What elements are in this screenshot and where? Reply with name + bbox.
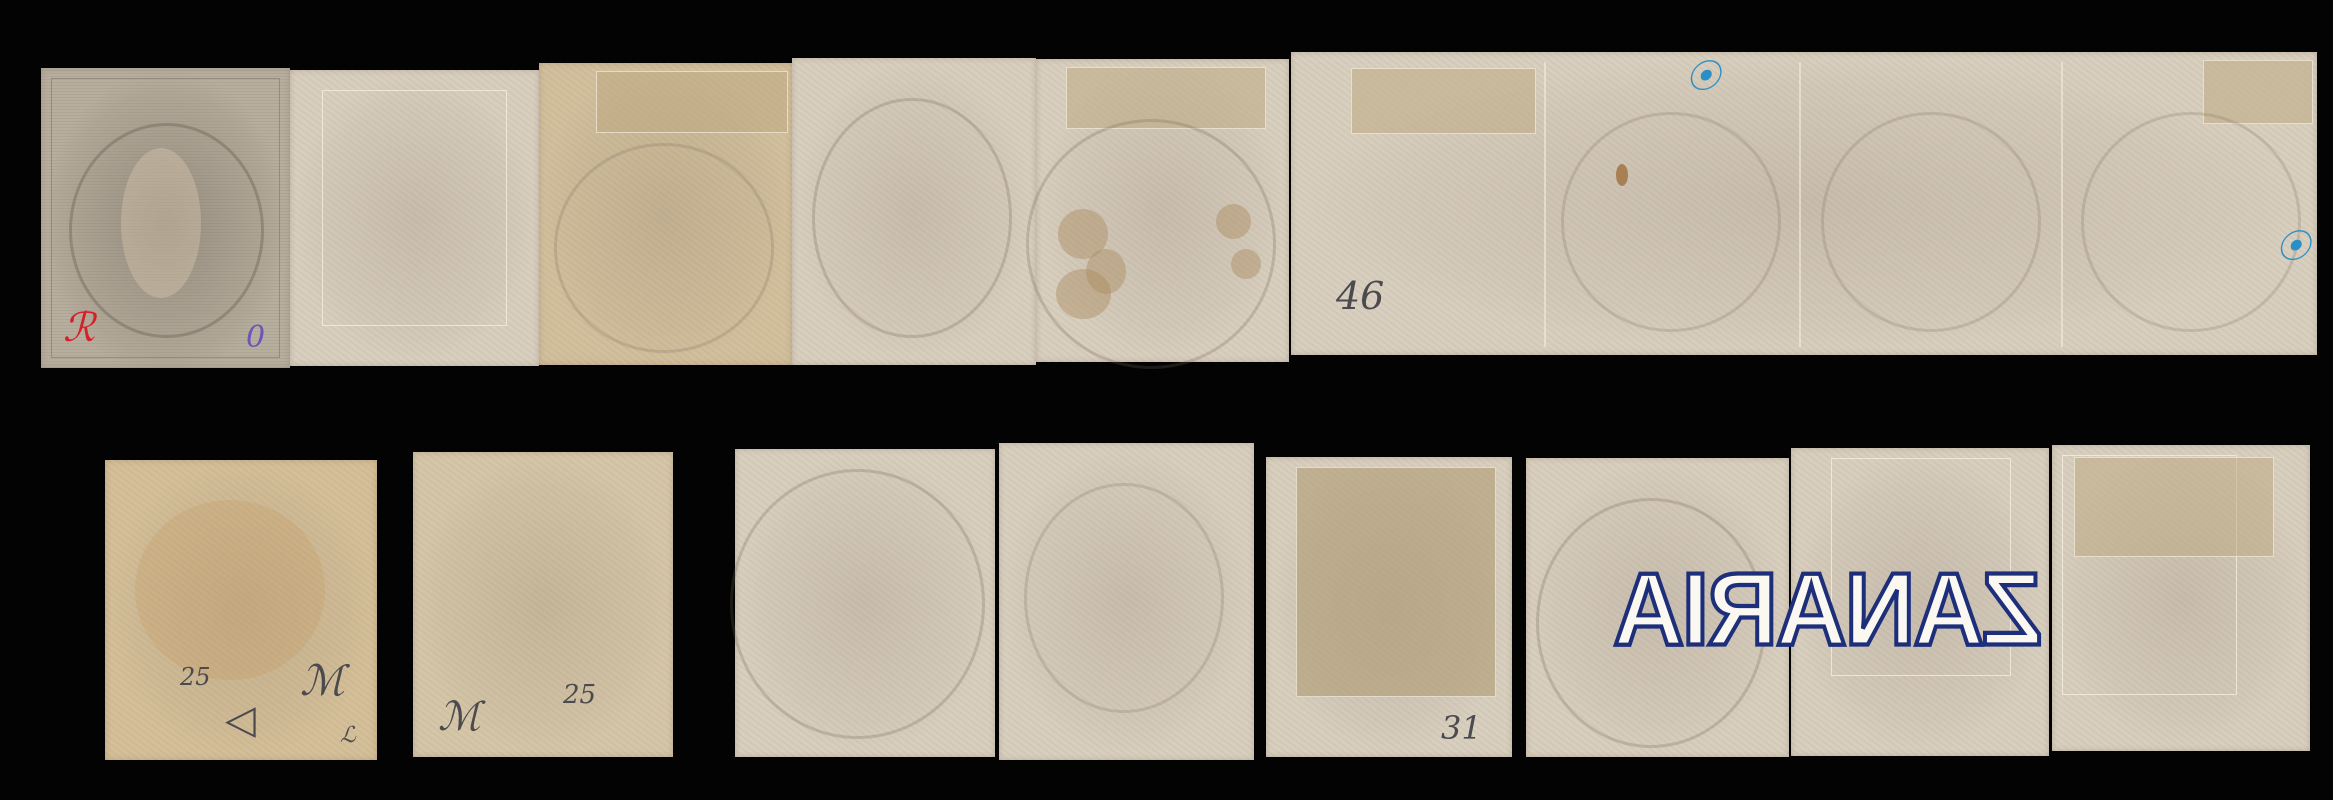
pencil-triangle-mark: ◁ bbox=[225, 700, 256, 740]
foxing-stain bbox=[1231, 249, 1261, 279]
violet-zero-mark: 0 bbox=[246, 323, 265, 353]
postmark-showthrough bbox=[730, 469, 985, 739]
stamp-back-8 bbox=[735, 449, 995, 757]
strip-divider bbox=[1799, 62, 1801, 347]
pencil-note-31: 31 bbox=[1441, 712, 1482, 744]
blue-circle-mark: ⦿ bbox=[2276, 230, 2310, 264]
foxing-stain bbox=[1216, 204, 1251, 239]
show-through-oval bbox=[1024, 483, 1224, 713]
toning-stain bbox=[135, 500, 325, 680]
show-through-oval bbox=[554, 143, 774, 353]
strip-divider bbox=[2061, 62, 2063, 347]
postmark-showthrough bbox=[812, 98, 1012, 338]
stamp-back-10: 31 bbox=[1266, 457, 1512, 757]
pencil-note: ℒ bbox=[340, 725, 356, 747]
stamp-front-hermes-head: ℛ 0 bbox=[41, 68, 290, 368]
stamp-back-13 bbox=[2052, 445, 2310, 751]
pencil-note: 25 bbox=[180, 665, 211, 689]
hinge-remnant-frame bbox=[322, 90, 507, 326]
hermes-head-silhouette bbox=[121, 148, 201, 298]
hinge-remnant bbox=[2074, 457, 2274, 557]
pencil-note-46: 46 bbox=[1336, 277, 1384, 315]
stamp-back-4 bbox=[792, 58, 1036, 365]
stamp-back-7: ℳ 25 bbox=[413, 452, 673, 757]
show-through-oval bbox=[1561, 112, 1781, 332]
stamp-strip-of-four: 46 ⦿ ⦿ bbox=[1291, 52, 2317, 355]
blue-circle-mark: ⦿ bbox=[1686, 60, 1720, 94]
stamp-back-2 bbox=[290, 70, 539, 366]
foxing-stain bbox=[1056, 269, 1111, 319]
stamp-back-9 bbox=[999, 443, 1254, 760]
strip-divider bbox=[1544, 62, 1546, 347]
zanaria-expertizer-mark: ZANARIA bbox=[1796, 558, 2042, 661]
pencil-note: ℳ bbox=[438, 697, 481, 737]
pencil-note: 25 bbox=[563, 682, 596, 708]
ink-spot bbox=[1616, 164, 1628, 186]
pencil-note: ℳ bbox=[300, 660, 345, 702]
stamp-back-3 bbox=[539, 63, 792, 365]
stamp-back-6: 25 ℳ ℒ ◁ bbox=[105, 460, 377, 760]
hinge-remnant bbox=[596, 71, 788, 133]
stamp-back-5 bbox=[1036, 59, 1289, 362]
red-monogram-mark: ℛ bbox=[63, 308, 95, 348]
hinge-remnant bbox=[2203, 60, 2313, 124]
hinge-remnant bbox=[1351, 68, 1536, 134]
show-through-oval bbox=[1821, 112, 2041, 332]
show-through-oval bbox=[2081, 112, 2301, 332]
hinge-remnant bbox=[1296, 467, 1496, 697]
